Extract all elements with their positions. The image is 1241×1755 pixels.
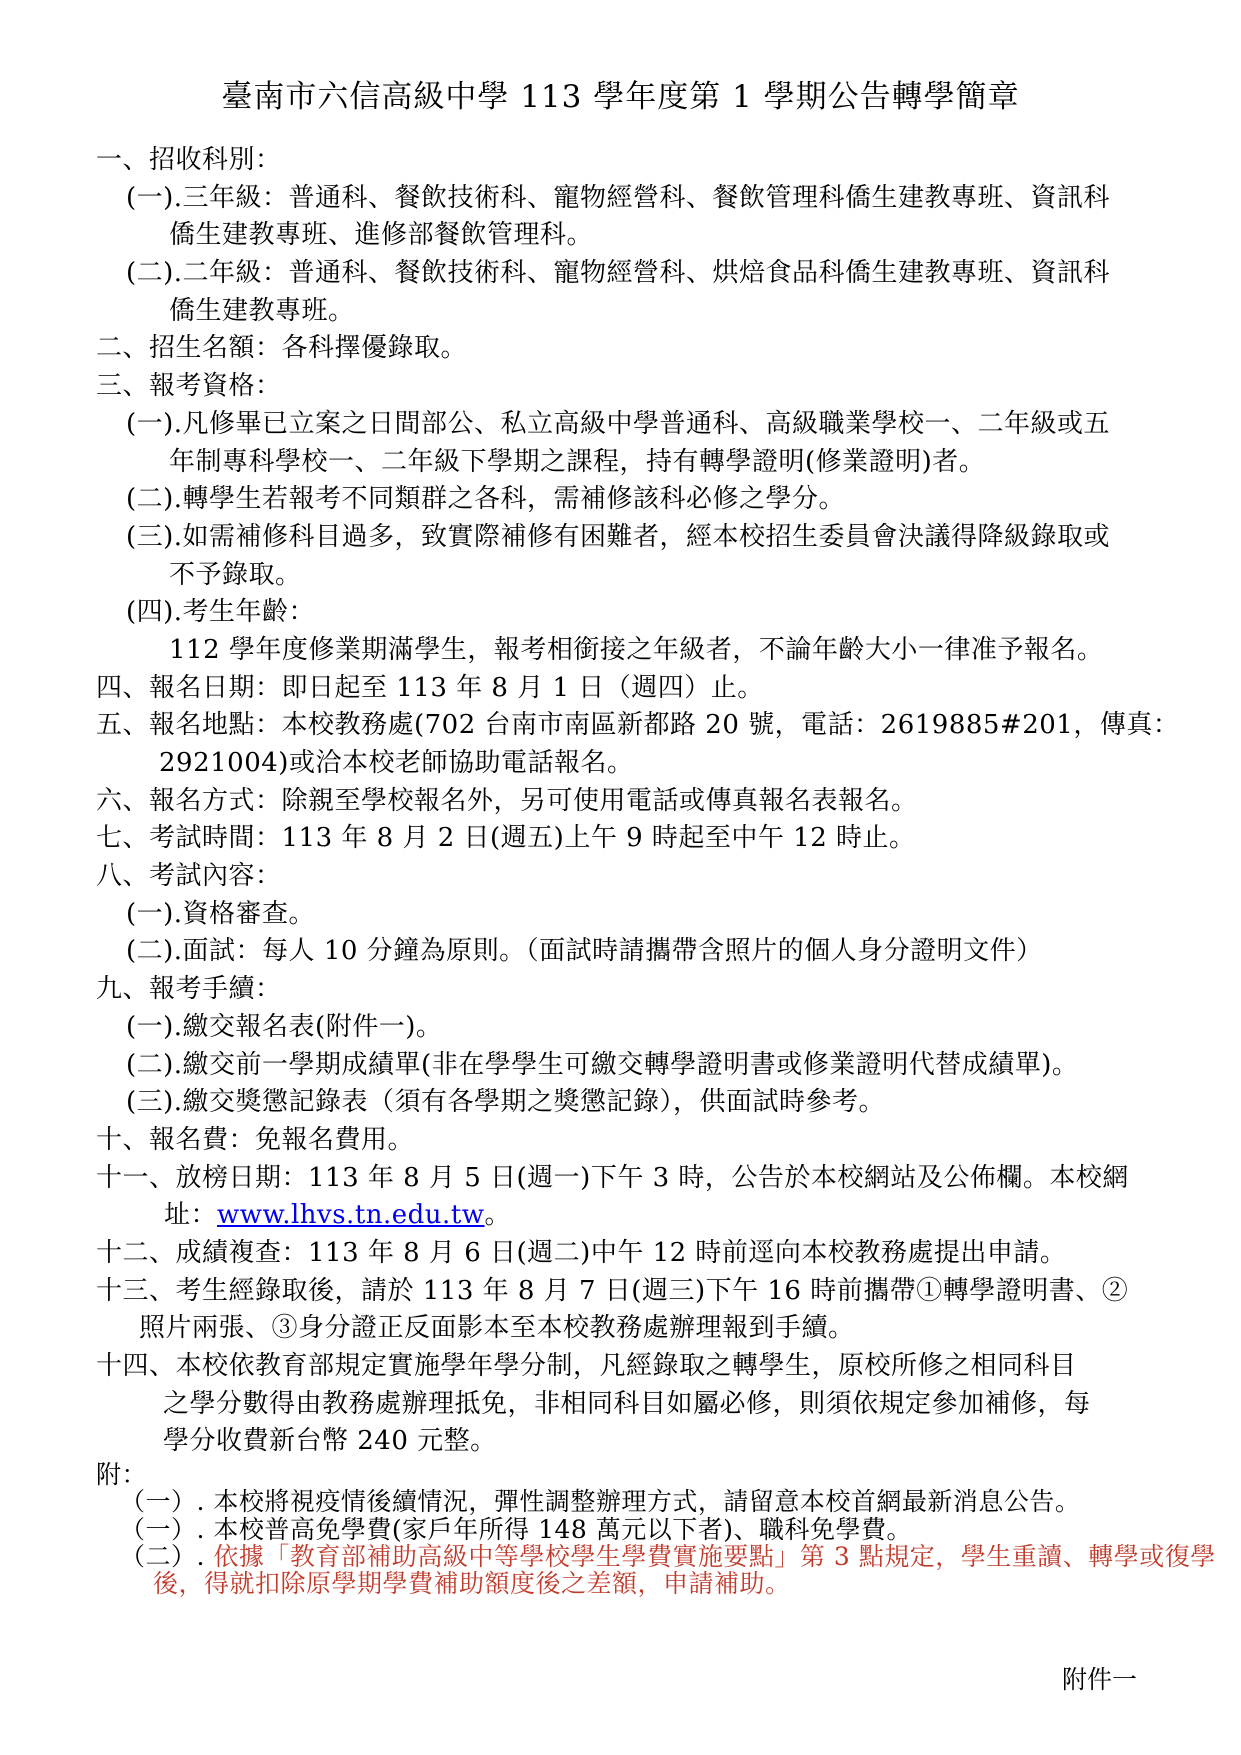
website-line-suffix: 。 [485, 1200, 512, 1230]
doc-line: (四).考生年齡： [96, 594, 1151, 632]
doc-title: 臺南市六信高級中學 113 學年度第 1 學期公告轉學簡章 [0, 0, 1241, 120]
doc-line: 學分收費新台幣 240 元整。 [96, 1423, 1151, 1461]
doc-line: 不予錄取。 [96, 557, 1151, 595]
doc-line: (二).轉學生若報考不同類群之各科，需補修該科必修之學分。 [96, 481, 1151, 519]
attachment-item-red: （二）. 依據「教育部補助高級中等學校學生學費實施要點」第 3 點規定，學生重讀… [96, 1543, 1151, 1570]
doc-line: 十、報名費：免報名費用。 [96, 1122, 1151, 1160]
doc-line: (二).繳交前一學期成績單(非在學學生可繳交轉學證明書或修業證明代替成績單)。 [96, 1047, 1151, 1085]
doc-body: 一、招收科別： (一).三年級：普通科、餐飲技術科、寵物經營科、餐飲管理科僑生建… [0, 142, 1241, 1598]
doc-line: 112 學年度修業期滿學生，報考相銜接之年級者，不論年齡大小一律准予報名。 [96, 632, 1151, 670]
doc-line: 三、報考資格： [96, 368, 1151, 406]
doc-line: 九、報考手續： [96, 971, 1151, 1009]
doc-line: 僑生建教專班。 [96, 293, 1151, 331]
doc-line: (一).三年級：普通科、餐飲技術科、寵物經營科、餐飲管理科僑生建教專班、資訊科 [96, 180, 1151, 218]
doc-line: (一).凡修畢已立案之日間部公、私立高級中學普通科、高級職業學校一、二年級或五 [96, 406, 1151, 444]
doc-line: (三).繳交獎懲記錄表（須有各學期之獎懲記錄），供面試時參考。 [96, 1084, 1151, 1122]
doc-line: 四、報名日期：即日起至 113 年 8 月 1 日（週四）止。 [96, 670, 1151, 708]
doc-line: 五、報名地點：本校教務處(702 台南市南區新都路 20 號，電話：261988… [96, 707, 1151, 745]
footer-attachment-label: 附件一 [1062, 1660, 1137, 1696]
doc-line: 八、考試內容： [96, 858, 1151, 896]
doc-line: (二).面試：每人 10 分鐘為原則。（面試時請攜帶含照片的個人身分證明文件） [96, 933, 1151, 971]
doc-line: 照片兩張、③身分證正反面影本至本校教務處辦理報到手續。 [96, 1310, 1151, 1348]
doc-line: 十四、本校依教育部規定實施學年學分制，凡經錄取之轉學生，原校所修之相同科目 [96, 1348, 1151, 1386]
doc-line: (三).如需補修科目過多，致實際補修有困難者，經本校招生委員會決議得降級錄取或 [96, 519, 1151, 557]
attachment-item: （一）. 本校普高免學費(家戶年所得 148 萬元以下者)、職科免學費。 [96, 1516, 1151, 1543]
doc-line: 年制專科學校一、二年級下學期之課程，持有轉學證明(修業證明)者。 [96, 444, 1151, 482]
doc-line: (一).繳交報名表(附件一)。 [96, 1009, 1151, 1047]
note-red-text: 依據「教育部補助高級中等學校學生學費實施要點」第 3 點規定，學生重讀、轉學或復… [213, 1542, 1215, 1571]
attachment-item-marker: （二）. [120, 1542, 213, 1571]
doc-line: 一、招收科別： [96, 142, 1151, 180]
doc-line: 七、考試時間：113 年 8 月 2 日(週五)上午 9 時起至中午 12 時止… [96, 820, 1151, 858]
doc-line: 十二、成績複查：113 年 8 月 6 日(週二)中午 12 時前逕向本校教務處… [96, 1235, 1151, 1273]
doc-line: (一).資格審查。 [96, 896, 1151, 934]
attachment-item: （一）. 本校將視疫情後續情況，彈性調整辦理方式，請留意本校首網最新消息公告。 [96, 1488, 1151, 1515]
doc-line: 十三、考生經錄取後，請於 113 年 8 月 7 日(週三)下午 16 時前攜帶… [96, 1273, 1151, 1311]
doc-line: 之學分數得由教務處辦理抵免，非相同科目如屬必修，則須依規定參加補修，每 [96, 1386, 1151, 1424]
doc-line: (二).二年級：普通科、餐飲技術科、寵物經營科、烘焙食品科僑生建教專班、資訊科 [96, 255, 1151, 293]
website-line-prefix: 址： [164, 1200, 217, 1230]
school-website-link[interactable]: www.lhvs.tn.edu.tw [217, 1200, 485, 1230]
doc-line: 僑生建教專班、進修部餐飲管理科。 [96, 217, 1151, 255]
doc-line: 2921004)或洽本校老師協助電話報名。 [96, 745, 1151, 783]
doc-line: 二、招生名額：各科擇優錄取。 [96, 330, 1151, 368]
doc-line-website: 址：www.lhvs.tn.edu.tw。 [96, 1197, 1151, 1235]
doc-line: 六、報名方式：除親至學校報名外，另可使用電話或傳真報名表報名。 [96, 783, 1151, 821]
doc-line: 十一、放榜日期：113 年 8 月 5 日(週一)下午 3 時，公告於本校網站及… [96, 1160, 1151, 1198]
document-page: 臺南市六信高級中學 113 學年度第 1 學期公告轉學簡章 一、招收科別： (一… [0, 0, 1241, 1755]
attachment-heading: 附： [96, 1461, 1151, 1488]
note-red-text: 後，得就扣除原學期學費補助額度後之差額，申請補助。 [96, 1570, 1151, 1597]
